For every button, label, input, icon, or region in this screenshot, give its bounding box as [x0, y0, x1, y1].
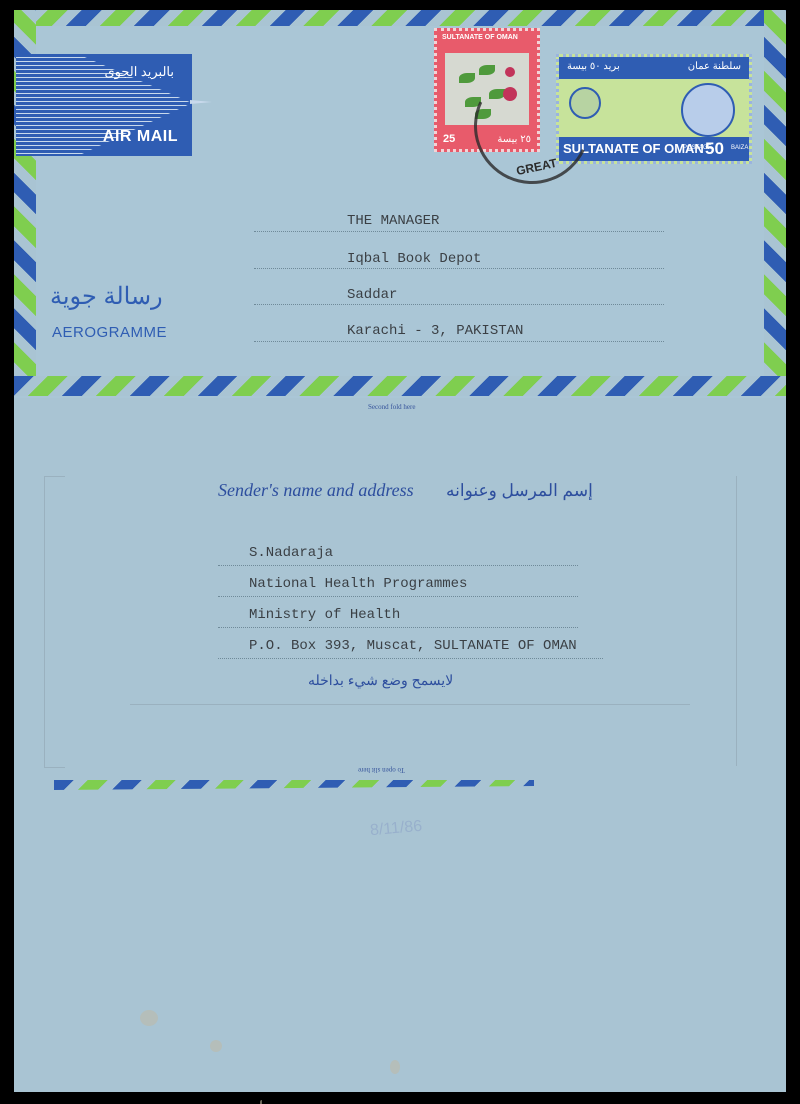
aerogramme-english: AEROGRAMME	[52, 324, 167, 341]
recipient-name: THE MANAGER	[347, 213, 439, 229]
airmail-arabic: بالبريد الجوى	[104, 64, 174, 80]
recipient-city: Karachi - 3, PAKISTAN	[347, 323, 523, 339]
sender-department: National Health Programmes	[249, 576, 467, 592]
recipient-line-3	[254, 276, 664, 305]
sender-heading: Sender's name and address	[218, 480, 414, 501]
stamp-country-arabic: سلطنة عمان	[688, 61, 741, 72]
airmail-label: بالبريد الجوى AIR MAIL	[16, 54, 192, 156]
open-slit-label: To open slit here	[358, 766, 405, 774]
stain	[140, 1010, 158, 1026]
sender-ministry: Ministry of Health	[249, 607, 400, 623]
bottom-flap-edge	[130, 704, 690, 705]
aerogramme-arabic: رسالة جوية	[50, 282, 163, 311]
stamp-country: SULTANATE OF OMAN	[442, 34, 518, 42]
airmail-border-top	[14, 10, 786, 26]
no-enclosure-arabic: لايسمح وضع شيء بداخله	[308, 672, 453, 689]
recipient-line-1	[254, 203, 664, 232]
stamp-value: 25	[443, 133, 455, 145]
airmail-border-right	[764, 10, 786, 396]
stain	[210, 1040, 222, 1052]
recipient-company: Iqbal Book Depot	[347, 251, 481, 267]
right-flap-edge	[736, 476, 761, 766]
airmail-border-bottom	[14, 376, 786, 396]
stamp-unit: BAIZA	[731, 145, 748, 151]
airmail-english: AIR MAIL	[103, 128, 178, 146]
torn-edge	[262, 1090, 502, 1104]
second-fold-label: Second fold here	[368, 403, 415, 411]
sender-heading-arabic: إسم المرسل وعنوانه	[446, 481, 593, 501]
sender-address: P.O. Box 393, Muscat, SULTANATE OF OMAN	[249, 638, 577, 654]
stamp-value: 50	[705, 139, 724, 159]
stain	[390, 1060, 400, 1074]
stamp-value-arabic: بريد ٥٠ بيسة	[567, 61, 620, 72]
recipient-area: Saddar	[347, 287, 397, 303]
sender-name: S.Nadaraja	[249, 545, 333, 561]
sultan-portrait-icon	[681, 83, 735, 137]
left-flap-edge	[44, 476, 65, 768]
